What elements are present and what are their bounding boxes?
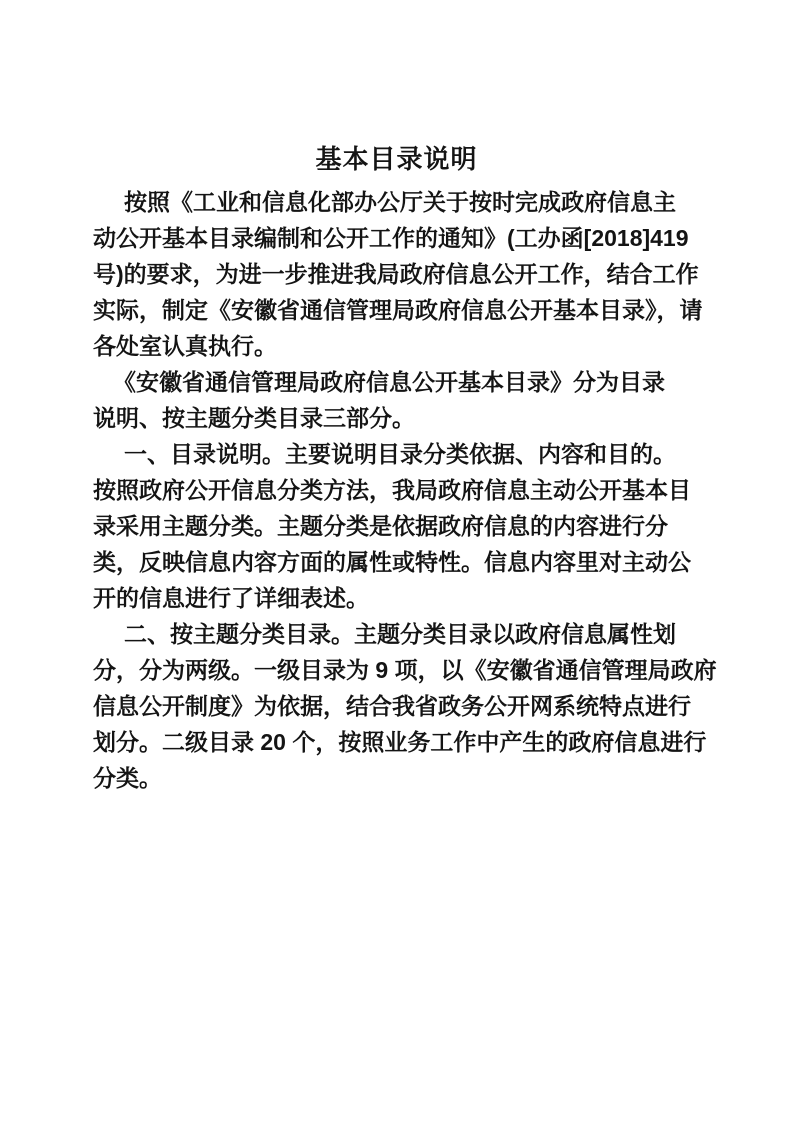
text-line: 说明、按主题分类目录三部分。	[93, 400, 683, 436]
text-line: 号)的要求，为进一步推进我局政府信息公开工作，结合工作	[93, 256, 683, 292]
text-line: 一、目录说明。主要说明目录分类依据、内容和目的。	[93, 436, 683, 472]
text-line: 开的信息进行了详细表述。	[93, 580, 683, 616]
text-line: 二、按主题分类目录。主题分类目录以政府信息属性划	[93, 616, 683, 652]
document-title: 基本目录说明	[0, 139, 793, 176]
text-line: 分类。	[93, 760, 683, 796]
text-line: 类，反映信息内容方面的属性或特性。信息内容里对主动公	[93, 544, 683, 580]
text-line: 按照政府公开信息分类方法，我局政府信息主动公开基本目	[93, 472, 683, 508]
paragraph: 按照《工业和信息化部办公厅关于按时完成政府信息主动公开基本目录编制和公开工作的通…	[93, 184, 683, 364]
paragraph: 《安徽省通信管理局政府信息公开基本目录》分为目录说明、按主题分类目录三部分。	[93, 364, 683, 436]
document-body: 按照《工业和信息化部办公厅关于按时完成政府信息主动公开基本目录编制和公开工作的通…	[93, 184, 683, 796]
text-line: 按照《工业和信息化部办公厅关于按时完成政府信息主	[93, 184, 683, 220]
text-line: 录采用主题分类。主题分类是依据政府信息的内容进行分	[93, 508, 683, 544]
document-page: 基本目录说明 按照《工业和信息化部办公厅关于按时完成政府信息主动公开基本目录编制…	[0, 0, 793, 1122]
text-line: 各处室认真执行。	[93, 328, 683, 364]
text-line: 信息公开制度》为依据，结合我省政务公开网系统特点进行	[93, 688, 683, 724]
text-line: 划分。二级目录 20 个，按照业务工作中产生的政府信息进行	[93, 724, 683, 760]
text-line: 动公开基本目录编制和公开工作的通知》(工办函[2018]419	[93, 220, 683, 256]
paragraph: 一、目录说明。主要说明目录分类依据、内容和目的。按照政府公开信息分类方法，我局政…	[93, 436, 683, 616]
text-line: 实际，制定《安徽省通信管理局政府信息公开基本目录》，请	[93, 292, 683, 328]
text-line: 分，分为两级。一级目录为 9 项，以《安徽省通信管理局政府	[93, 652, 683, 688]
text-line: 《安徽省通信管理局政府信息公开基本目录》分为目录	[93, 364, 683, 400]
paragraph: 二、按主题分类目录。主题分类目录以政府信息属性划分，分为两级。一级目录为 9 项…	[93, 616, 683, 796]
